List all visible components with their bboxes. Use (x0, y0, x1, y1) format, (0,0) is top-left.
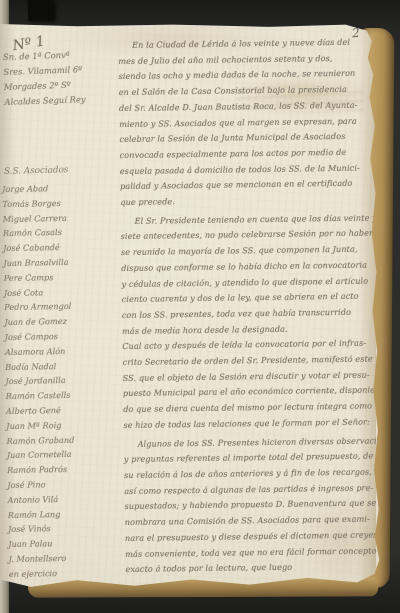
margin-note-line: Alcaldes Seguí Rey (4, 91, 118, 110)
attendee-name: en ejercicio (9, 565, 121, 582)
binding-clip (28, 0, 54, 21)
attendees-list: Jorge AbadTomás BorgesMiguel CarreraRamó… (2, 180, 121, 581)
margin-session-notes: Nº 1Sn. de 1ª ConvªSres. Vilamamil 6ºMor… (2, 28, 119, 110)
body-line: que precede. (120, 191, 374, 210)
paragraph-3: Algunos de los SS. Presentes hicieron di… (124, 433, 380, 578)
body-text: En la Ciudad de Lérida á los veinte y nu… (118, 34, 380, 580)
paragraph-2: El Sr. Presidente teniendo en cuenta que… (120, 210, 377, 433)
manuscript-page: 2 Nº 1Sn. de 1ª ConvªSres. Vilamamil 6ºM… (0, 24, 384, 588)
photo-background: 2 Nº 1Sn. de 1ª ConvªSres. Vilamamil 6ºM… (0, 0, 400, 613)
paragraph-1: En la Ciudad de Lérida á los veinte y nu… (118, 34, 374, 210)
body-line: se hizo de todas las relaciones que le f… (123, 414, 377, 433)
body-line: exacto á todos por la lectura, que luego (125, 559, 379, 578)
attendees-title: S.S. Asociados (4, 165, 69, 177)
